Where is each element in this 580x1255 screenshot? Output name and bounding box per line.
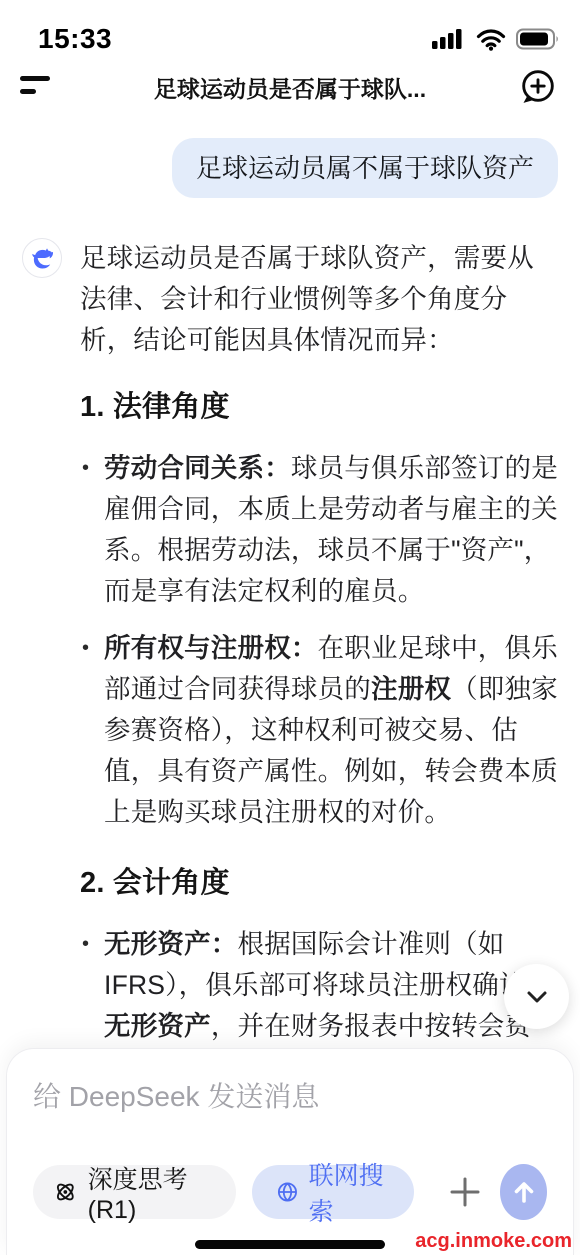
bullet-ownership-registration: 所有权与注册权：在职业足球中，俱乐部通过合同获得球员的注册权（即独家参赛资格），…: [80, 628, 558, 833]
assistant-intro-paragraph: 足球运动员是否属于球队资产，需要从法律、会计和行业惯例等多个角度分析，结论可能因…: [80, 238, 558, 361]
user-message-bubble: 足球运动员属不属于球队资产: [172, 138, 558, 198]
scroll-to-bottom-button[interactable]: [504, 964, 569, 1029]
deepseek-avatar: [22, 238, 62, 278]
composer-panel: 深度思考 (R1) 联网搜索: [6, 1048, 574, 1255]
assistant-message: 足球运动员是否属于球队资产，需要从法律、会计和行业惯例等多个角度分析，结论可能因…: [22, 238, 558, 1129]
message-list: 足球运动员属不属于球队资产 足球运动员是否属于球队资产，需要从法律、会计和行业惯…: [0, 138, 580, 1129]
message-input[interactable]: [33, 1075, 547, 1119]
deep-think-toggle[interactable]: 深度思考 (R1): [33, 1165, 236, 1219]
attach-button[interactable]: [446, 1170, 484, 1214]
plus-icon: [446, 1173, 484, 1211]
deep-think-label: 深度思考 (R1): [88, 1160, 216, 1225]
composer-toolbar: 深度思考 (R1) 联网搜索: [33, 1164, 547, 1220]
assistant-message-body: 足球运动员是否属于球队资产，需要从法律、会计和行业惯例等多个角度分析，结论可能因…: [80, 238, 558, 1129]
section-heading-legal: 1. 法律角度: [80, 387, 558, 428]
legal-bullet-list: 劳动合同关系：球员与俱乐部签订的是雇佣合同，本质上是劳动者与雇主的关系。根据劳动…: [80, 448, 558, 833]
new-chat-icon: [517, 66, 559, 108]
chat-title: 足球运动员是否属于球队...: [154, 71, 426, 104]
send-button[interactable]: [500, 1164, 547, 1220]
signal-icon: [432, 27, 466, 51]
watermark: acg.inmoke.com: [415, 1230, 572, 1253]
atom-icon: [53, 1177, 78, 1207]
section-heading-accounting: 2. 会计角度: [80, 863, 558, 904]
chevron-down-icon: [523, 983, 551, 1011]
web-search-toggle[interactable]: 联网搜索: [252, 1165, 415, 1219]
bullet-labor-contract: 劳动合同关系：球员与俱乐部签订的是雇佣合同，本质上是劳动者与雇主的关系。根据劳动…: [80, 448, 558, 612]
web-search-label: 联网搜索: [309, 1156, 391, 1228]
chat-header: 足球运动员是否属于球队...: [0, 58, 580, 116]
new-chat-button[interactable]: [516, 65, 560, 109]
home-indicator: [195, 1240, 385, 1249]
wifi-icon: [475, 27, 507, 51]
status-bar: 15:33: [0, 0, 580, 58]
sidebar-menu-button[interactable]: [20, 75, 54, 99]
whale-logo-icon: [29, 245, 56, 272]
clock: 15:33: [38, 23, 112, 55]
globe-icon: [276, 1178, 299, 1206]
deepseek-chat-screen: 15:33 足球运动员是否属于球队...: [0, 0, 580, 1255]
battery-icon: [516, 27, 560, 51]
status-icons: [432, 27, 560, 51]
arrow-up-icon: [510, 1178, 538, 1206]
